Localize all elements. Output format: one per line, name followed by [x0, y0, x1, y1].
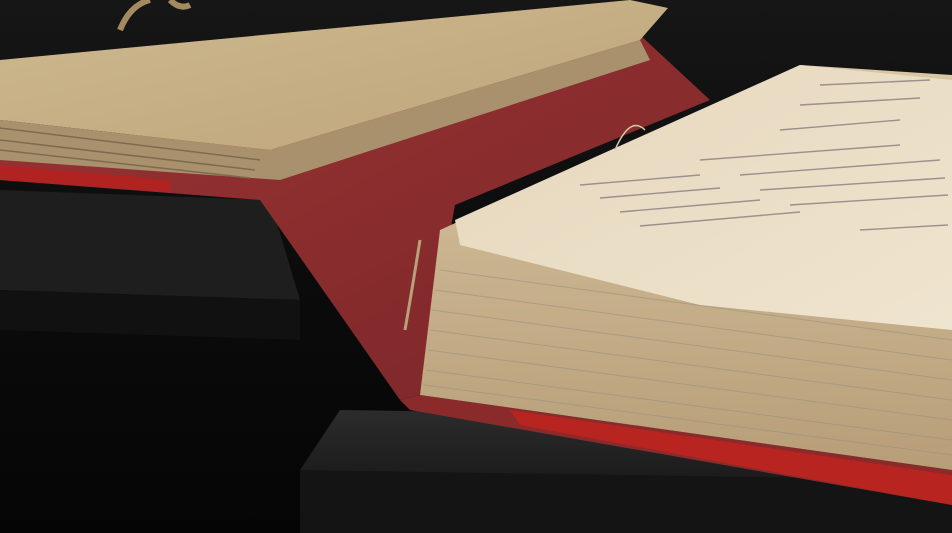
photo-illustration: [0, 0, 952, 533]
display-plinth-left: [0, 190, 300, 340]
manuscript-photo: [0, 0, 952, 533]
